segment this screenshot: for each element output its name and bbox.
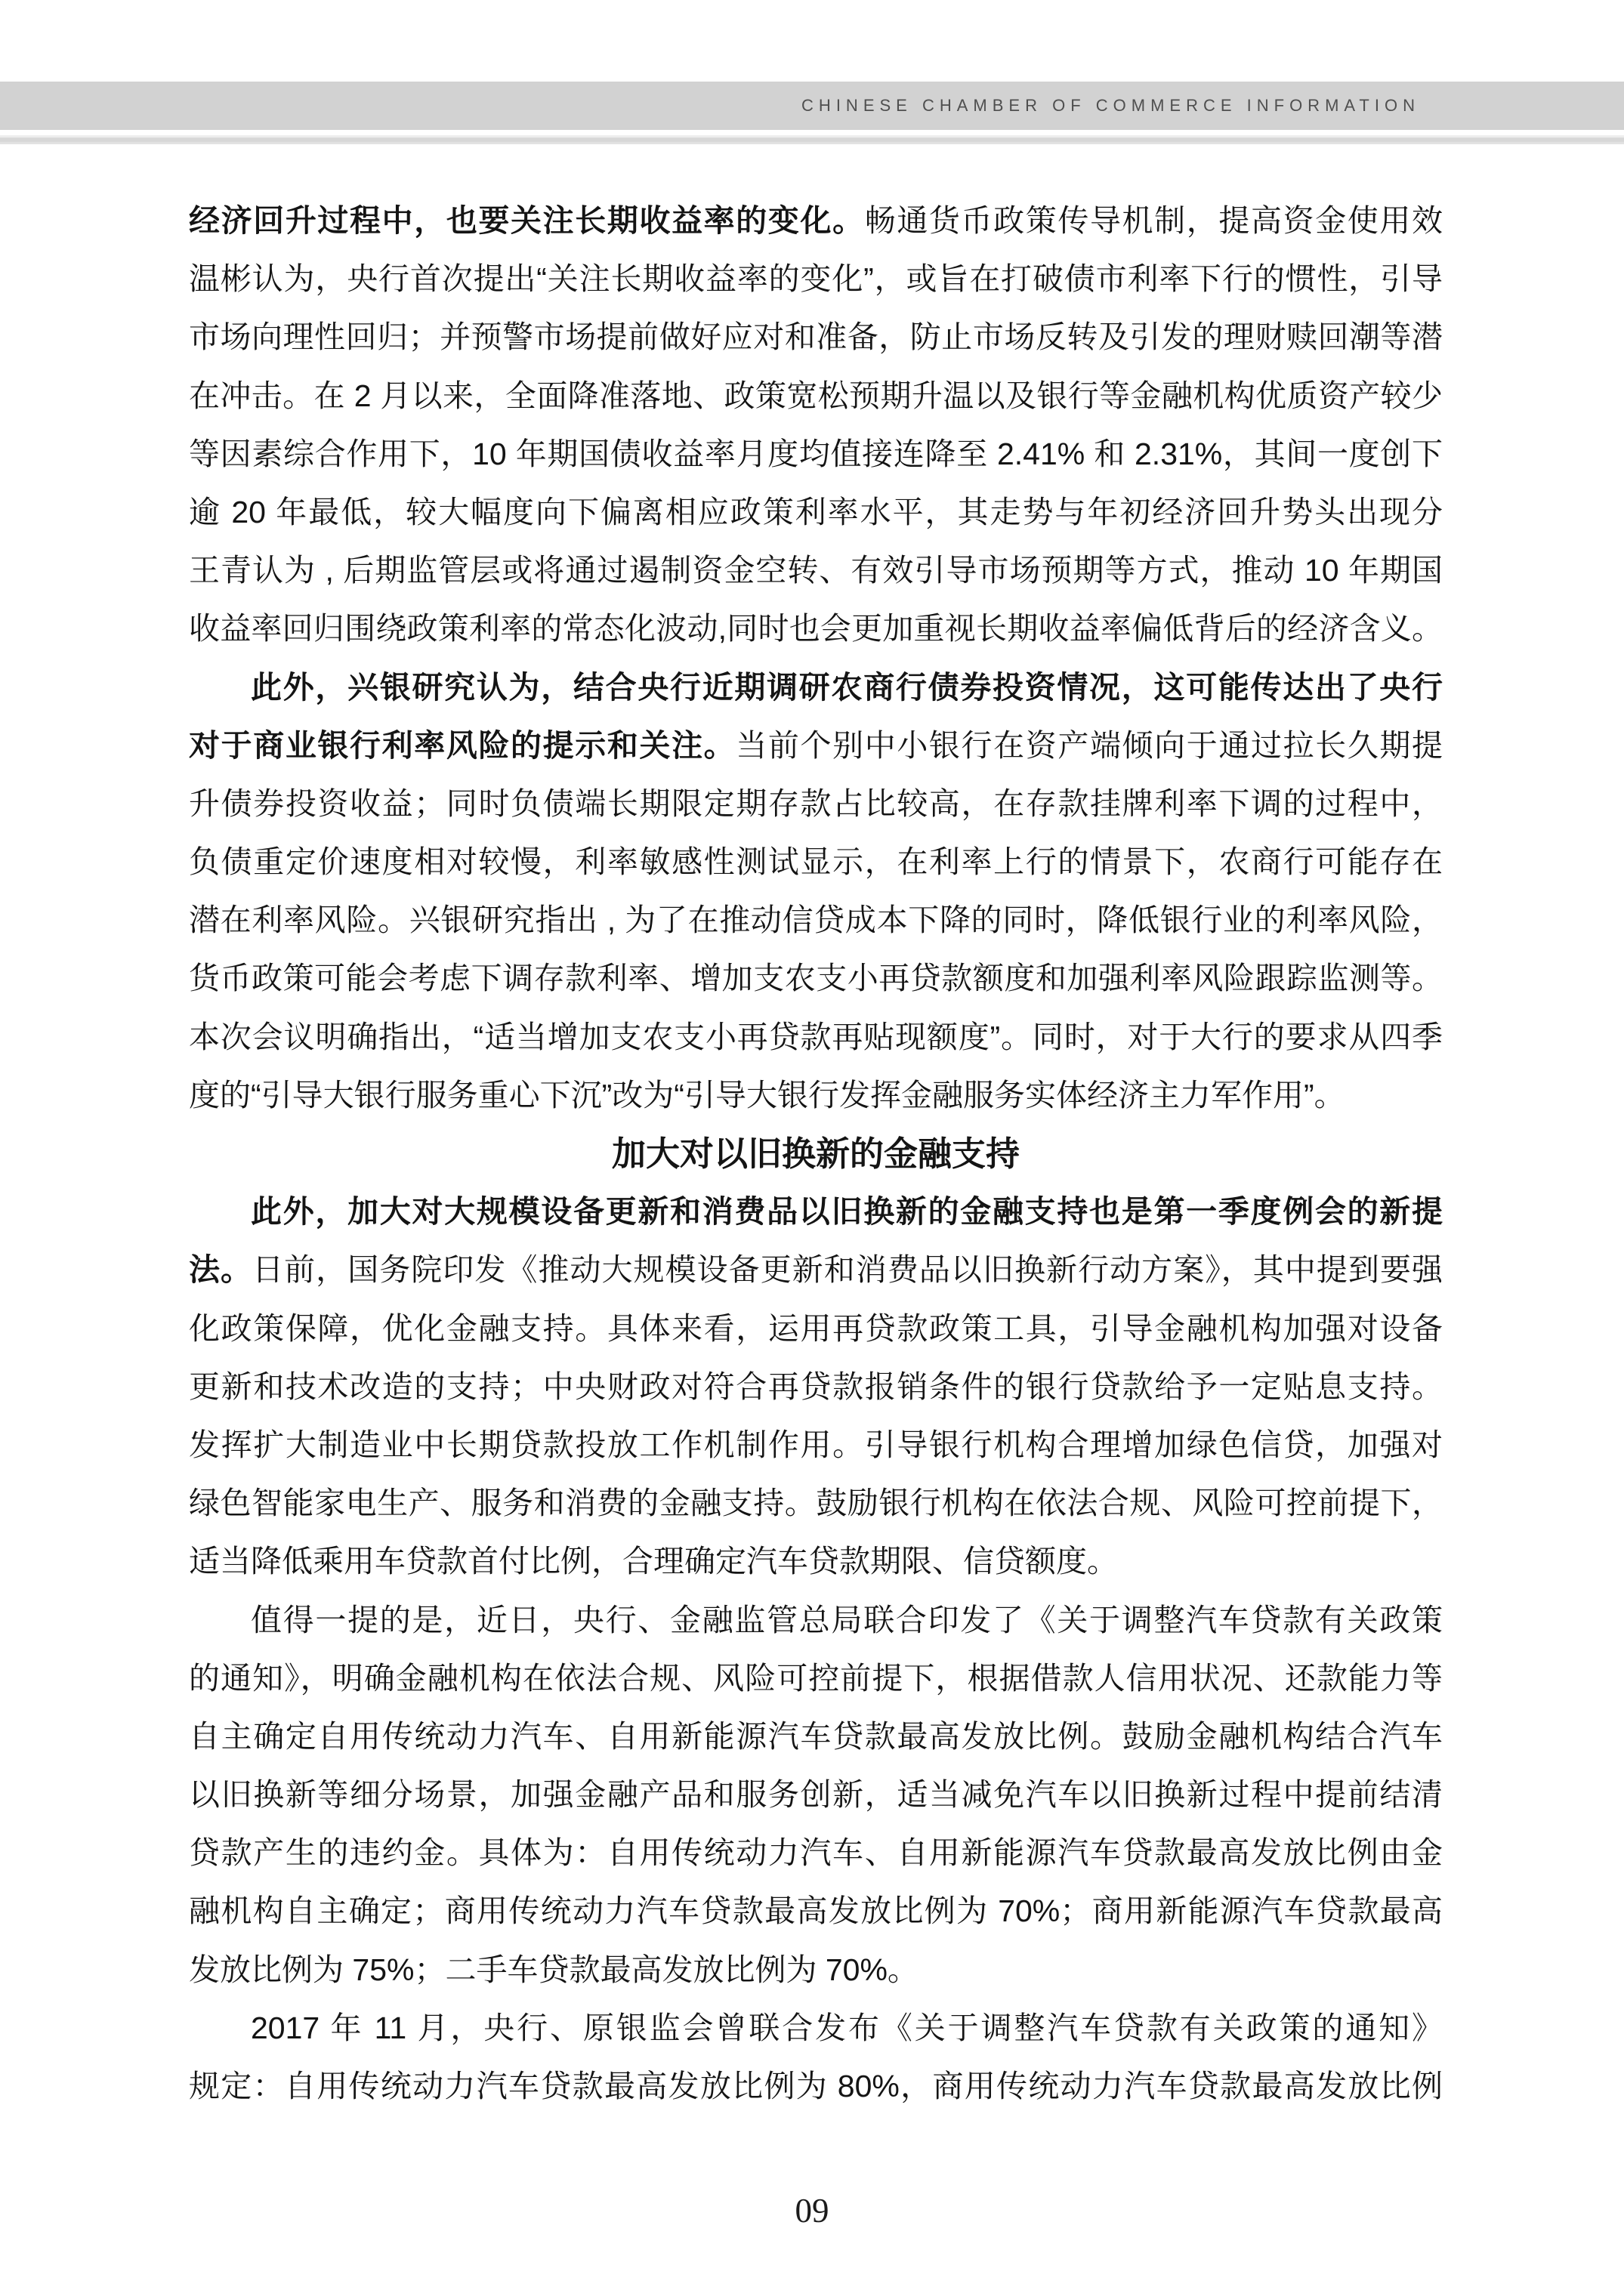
text-line: 市场向理性回归；并预警市场提前做好应对和准备，防止市场反转及引发的理财赎回潮等潜	[189, 308, 1443, 366]
text-line: 逾 20 年最低，较大幅度向下偏离相应政策利率水平，其走势与年初经济回升势头出现…	[189, 483, 1443, 542]
text-line: 负债重定价速度相对较慢，利率敏感性测试显示，在利率上行的情景下，农商行可能存在	[189, 833, 1443, 891]
text-segment: 经济回升过程中，也要关注长期收益率的变化。	[189, 203, 865, 238]
text-segment: 王青认为 , 后期监管层或将通过遏制资金空转、有效引导市场预期等方式，推动 10…	[189, 553, 1443, 600]
text-segment: 升债券投资收益；同时负债端长期限定期存款占比较高，在存款挂牌利率下调的过程中，	[189, 786, 1443, 821]
text-line: 自主确定自用传统动力汽车、自用新能源汽车贷款最高发放比例。鼓励金融机构结合汽车	[189, 1708, 1443, 1766]
text-segment: 当前个别中小银行在资产端倾向于通过拉长久期提	[736, 728, 1443, 763]
text-segment: 值得一提的是，近日，央行、金融监管总局联合印发了《关于调整汽车贷款有关政策	[251, 1603, 1443, 1637]
text-segment: 规定：自用传统动力汽车贷款最高发放比例为 80%，商用传统动力汽车贷款最高发放比…	[189, 2069, 1443, 2103]
text-segment: 发挥扩大制造业中长期贷款投放工作机制作用。引导银行机构合理增加绿色信贷，加强对	[189, 1427, 1443, 1462]
header-banner-text: CHINESE CHAMBER OF COMMERCE INFORMATION	[0, 82, 1624, 130]
text-segment: 货币政策可能会考虑下调存款利率、增加支农支小再贷款额度和加强利率风险跟踪监测等。	[189, 961, 1443, 995]
text-line: 融机构自主确定；商用传统动力汽车贷款最高发放比例为 70%；商用新能源汽车贷款最…	[189, 1882, 1443, 1940]
text-segment: 度的“引导大银行服务重心下沉”改为“引导大银行发挥金融服务实体经济主力军作用”。	[189, 1078, 1345, 1113]
article-body: 经济回升过程中，也要关注长期收益率的变化。畅通货币政策传导机制，提高资金使用效率…	[189, 192, 1443, 2116]
text-line: 货币政策可能会考虑下调存款利率、增加支农支小再贷款额度和加强利率风险跟踪监测等。	[189, 949, 1443, 1008]
text-segment: 融机构自主确定；商用传统动力汽车贷款最高发放比例为 70%；商用新能源汽车贷款最…	[189, 1893, 1443, 1928]
text-segment: 此外，加大对大规模设备更新和消费品以旧换新的金融支持也是第一季度例会的新提	[251, 1194, 1443, 1229]
text-line: 此外，兴银研究认为，结合央行近期调研农商行债券投资情况，这可能传达出了央行	[189, 659, 1443, 717]
text-segment: 市场向理性回归；并预警市场提前做好应对和准备，防止市场反转及引发的理财赎回潮等潜	[189, 319, 1443, 354]
header-divider-bar	[0, 135, 1624, 144]
text-line: 贷款产生的违约金。具体为：自用传统动力汽车、自用新能源汽车贷款最高发放比例由金	[189, 1824, 1443, 1882]
text-line: 经济回升过程中，也要关注长期收益率的变化。畅通货币政策传导机制，提高资金使用效率…	[189, 192, 1443, 250]
text-line: 王青认为 , 后期监管层或将通过遏制资金空转、有效引导市场预期等方式，推动 10…	[189, 542, 1443, 600]
text-segment: 对于商业银行利率风险的提示和关注。	[189, 728, 736, 763]
text-line: 对于商业银行利率风险的提示和关注。当前个别中小银行在资产端倾向于通过拉长久期提	[189, 717, 1443, 775]
text-segment: 逾 20 年最低，较大幅度向下偏离相应政策利率水平，其走势与年初经济回升势头出现…	[189, 495, 1443, 542]
text-line: 规定：自用传统动力汽车贷款最高发放比例为 80%，商用传统动力汽车贷款最高发放比…	[189, 2057, 1443, 2116]
text-segment: 收益率回归围绕政策利率的常态化波动,同时也会更加重视长期收益率偏低背后的经济含义…	[189, 611, 1443, 646]
text-segment: 法。	[189, 1252, 252, 1287]
text-segment: 自主确定自用传统动力汽车、自用新能源汽车贷款最高发放比例。鼓励金融机构结合汽车	[189, 1719, 1443, 1754]
text-line: 法。日前，国务院印发《推动大规模设备更新和消费品以旧换新行动方案》，其中提到要强	[189, 1241, 1443, 1299]
text-segment: 本次会议明确指出，“适当增加支农支小再贷款再贴现额度”。同时，对于大行的要求从四…	[189, 1020, 1443, 1054]
text-line: 发挥扩大制造业中长期贷款投放工作机制作用。引导银行机构合理增加绿色信贷，加强对	[189, 1416, 1443, 1474]
text-segment: 潜在利率风险。兴银研究指出 , 为了在推动信贷成本下降的同时，降低银行业的利率风…	[189, 903, 1443, 937]
header-banner: CHINESE CHAMBER OF COMMERCE INFORMATION	[0, 82, 1624, 130]
text-segment: 发放比例为 75%；二手车贷款最高发放比例为 70%。	[189, 1952, 919, 1987]
text-line: 温彬认为，央行首次提出“关注长期收益率的变化”，或旨在打破债市利率下行的惯性，引…	[189, 250, 1443, 308]
text-line: 更新和技术改造的支持；中央财政对符合再贷款报销条件的银行贷款给予一定贴息支持。	[189, 1358, 1443, 1416]
text-segment: 等因素综合作用下，10 年期国债收益率月度均值接连降至 2.41% 和 2.31…	[189, 437, 1443, 471]
text-line: 以旧换新等细分场景，加强金融产品和服务创新，适当减免汽车以旧换新过程中提前结清	[189, 1766, 1443, 1824]
text-line: 度的“引导大银行服务重心下沉”改为“引导大银行发挥金融服务实体经济主力军作用”。	[189, 1066, 1443, 1125]
text-segment: 日前，国务院印发《推动大规模设备更新和消费品以旧换新行动方案》，其中提到要强	[252, 1252, 1443, 1287]
text-line: 发放比例为 75%；二手车贷款最高发放比例为 70%。	[189, 1941, 1443, 1999]
text-line: 在冲击。在 2 月以来，全面降准落地、政策宽松预期升温以及银行等金融机构优质资产…	[189, 367, 1443, 425]
text-segment: 2017 年 11 月，央行、原银监会曾联合发布《关于调整汽车贷款有关政策的通知…	[251, 2011, 1443, 2045]
text-segment: 在冲击。在 2 月以来，全面降准落地、政策宽松预期升温以及银行等金融机构优质资产…	[189, 378, 1443, 413]
text-segment: 更新和技术改造的支持；中央财政对符合再贷款报销条件的银行贷款给予一定贴息支持。	[189, 1369, 1443, 1404]
section-heading: 加大对以旧换新的金融支持	[189, 1125, 1443, 1183]
text-line: 此外，加大对大规模设备更新和消费品以旧换新的金融支持也是第一季度例会的新提	[189, 1183, 1443, 1241]
text-line: 适当降低乘用车贷款首付比例，合理确定汽车贷款期限、信贷额度。	[189, 1532, 1443, 1591]
text-line: 升债券投资收益；同时负债端长期限定期存款占比较高，在存款挂牌利率下调的过程中，	[189, 775, 1443, 833]
text-line: 化政策保障，优化金融支持。具体来看，运用再贷款政策工具，引导金融机构加强对设备	[189, 1300, 1443, 1358]
text-line: 潜在利率风险。兴银研究指出 , 为了在推动信贷成本下降的同时，降低银行业的利率风…	[189, 891, 1443, 949]
text-segment: 贷款产生的违约金。具体为：自用传统动力汽车、自用新能源汽车贷款最高发放比例由金	[189, 1835, 1443, 1870]
text-segment: 化政策保障，优化金融支持。具体来看，运用再贷款政策工具，引导金融机构加强对设备	[189, 1311, 1443, 1346]
text-line: 等因素综合作用下，10 年期国债收益率月度均值接连降至 2.41% 和 2.31…	[189, 425, 1443, 483]
text-segment: 温彬认为，央行首次提出“关注长期收益率的变化”，或旨在打破债市利率下行的惯性，引…	[189, 261, 1443, 296]
text-segment: 以旧换新等细分场景，加强金融产品和服务创新，适当减免汽车以旧换新过程中提前结清	[189, 1777, 1443, 1812]
text-line: 2017 年 11 月，央行、原银监会曾联合发布《关于调整汽车贷款有关政策的通知…	[189, 1999, 1443, 2057]
text-segment: 的通知》，明确金融机构在依法合规、风险可控前提下，根据借款人信用状况、还款能力等	[189, 1661, 1443, 1696]
text-line: 本次会议明确指出，“适当增加支农支小再贷款再贴现额度”。同时，对于大行的要求从四…	[189, 1008, 1443, 1066]
text-segment: 负债重定价速度相对较慢，利率敏感性测试显示，在利率上行的情景下，农商行可能存在	[189, 844, 1443, 879]
text-line: 绿色智能家电生产、服务和消费的金融支持。鼓励银行机构在依法合规、风险可控前提下，	[189, 1474, 1443, 1532]
text-segment: 适当降低乘用车贷款首付比例，合理确定汽车贷款期限、信贷额度。	[189, 1544, 1118, 1579]
text-line: 的通知》，明确金融机构在依法合规、风险可控前提下，根据借款人信用状况、还款能力等	[189, 1650, 1443, 1708]
text-segment: 此外，兴银研究认为，结合央行近期调研农商行债券投资情况，这可能传达出了央行	[251, 670, 1443, 705]
page-number: 09	[0, 2191, 1624, 2230]
page-root: { "header": { "banner_text": "CHINESE CH…	[0, 0, 1624, 2293]
text-segment: 绿色智能家电生产、服务和消费的金融支持。鼓励银行机构在依法合规、风险可控前提下，	[189, 1486, 1443, 1520]
text-line: 值得一提的是，近日，央行、金融监管总局联合印发了《关于调整汽车贷款有关政策	[189, 1591, 1443, 1650]
text-line: 收益率回归围绕政策利率的常态化波动,同时也会更加重视长期收益率偏低背后的经济含义…	[189, 600, 1443, 658]
